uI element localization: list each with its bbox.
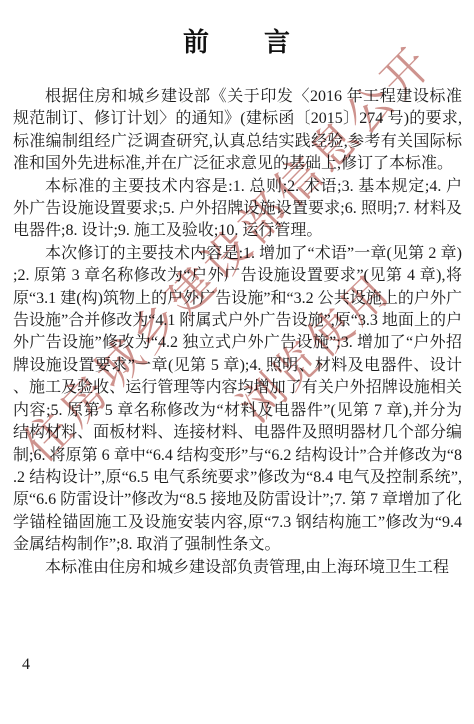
- document-page: 前 言 根据住房和城乡建设部《关于印发〈2016 年工程建设标准规范制订、修订计…: [0, 0, 474, 724]
- paragraph-2: 本标准的主要技术内容是:1. 总则;2. 术语;3. 基本规定;4. 户外广告设…: [13, 176, 462, 243]
- document-body: 根据住房和城乡建设部《关于印发〈2016 年工程建设标准规范制订、修订计划〉的通…: [13, 86, 462, 579]
- paragraph-4: 本标准由住房和城乡建设部负责管理,由上海环境卫生工程: [13, 557, 462, 579]
- page-number: 4: [22, 656, 30, 674]
- paragraph-3: 本次修订的主要技术内容是:1. 增加了“术语”一章(见第 2 章);2. 原第 …: [13, 243, 462, 557]
- page-title: 前 言: [0, 22, 474, 59]
- paragraph-1: 根据住房和城乡建设部《关于印发〈2016 年工程建设标准规范制订、修订计划〉的通…: [13, 86, 462, 176]
